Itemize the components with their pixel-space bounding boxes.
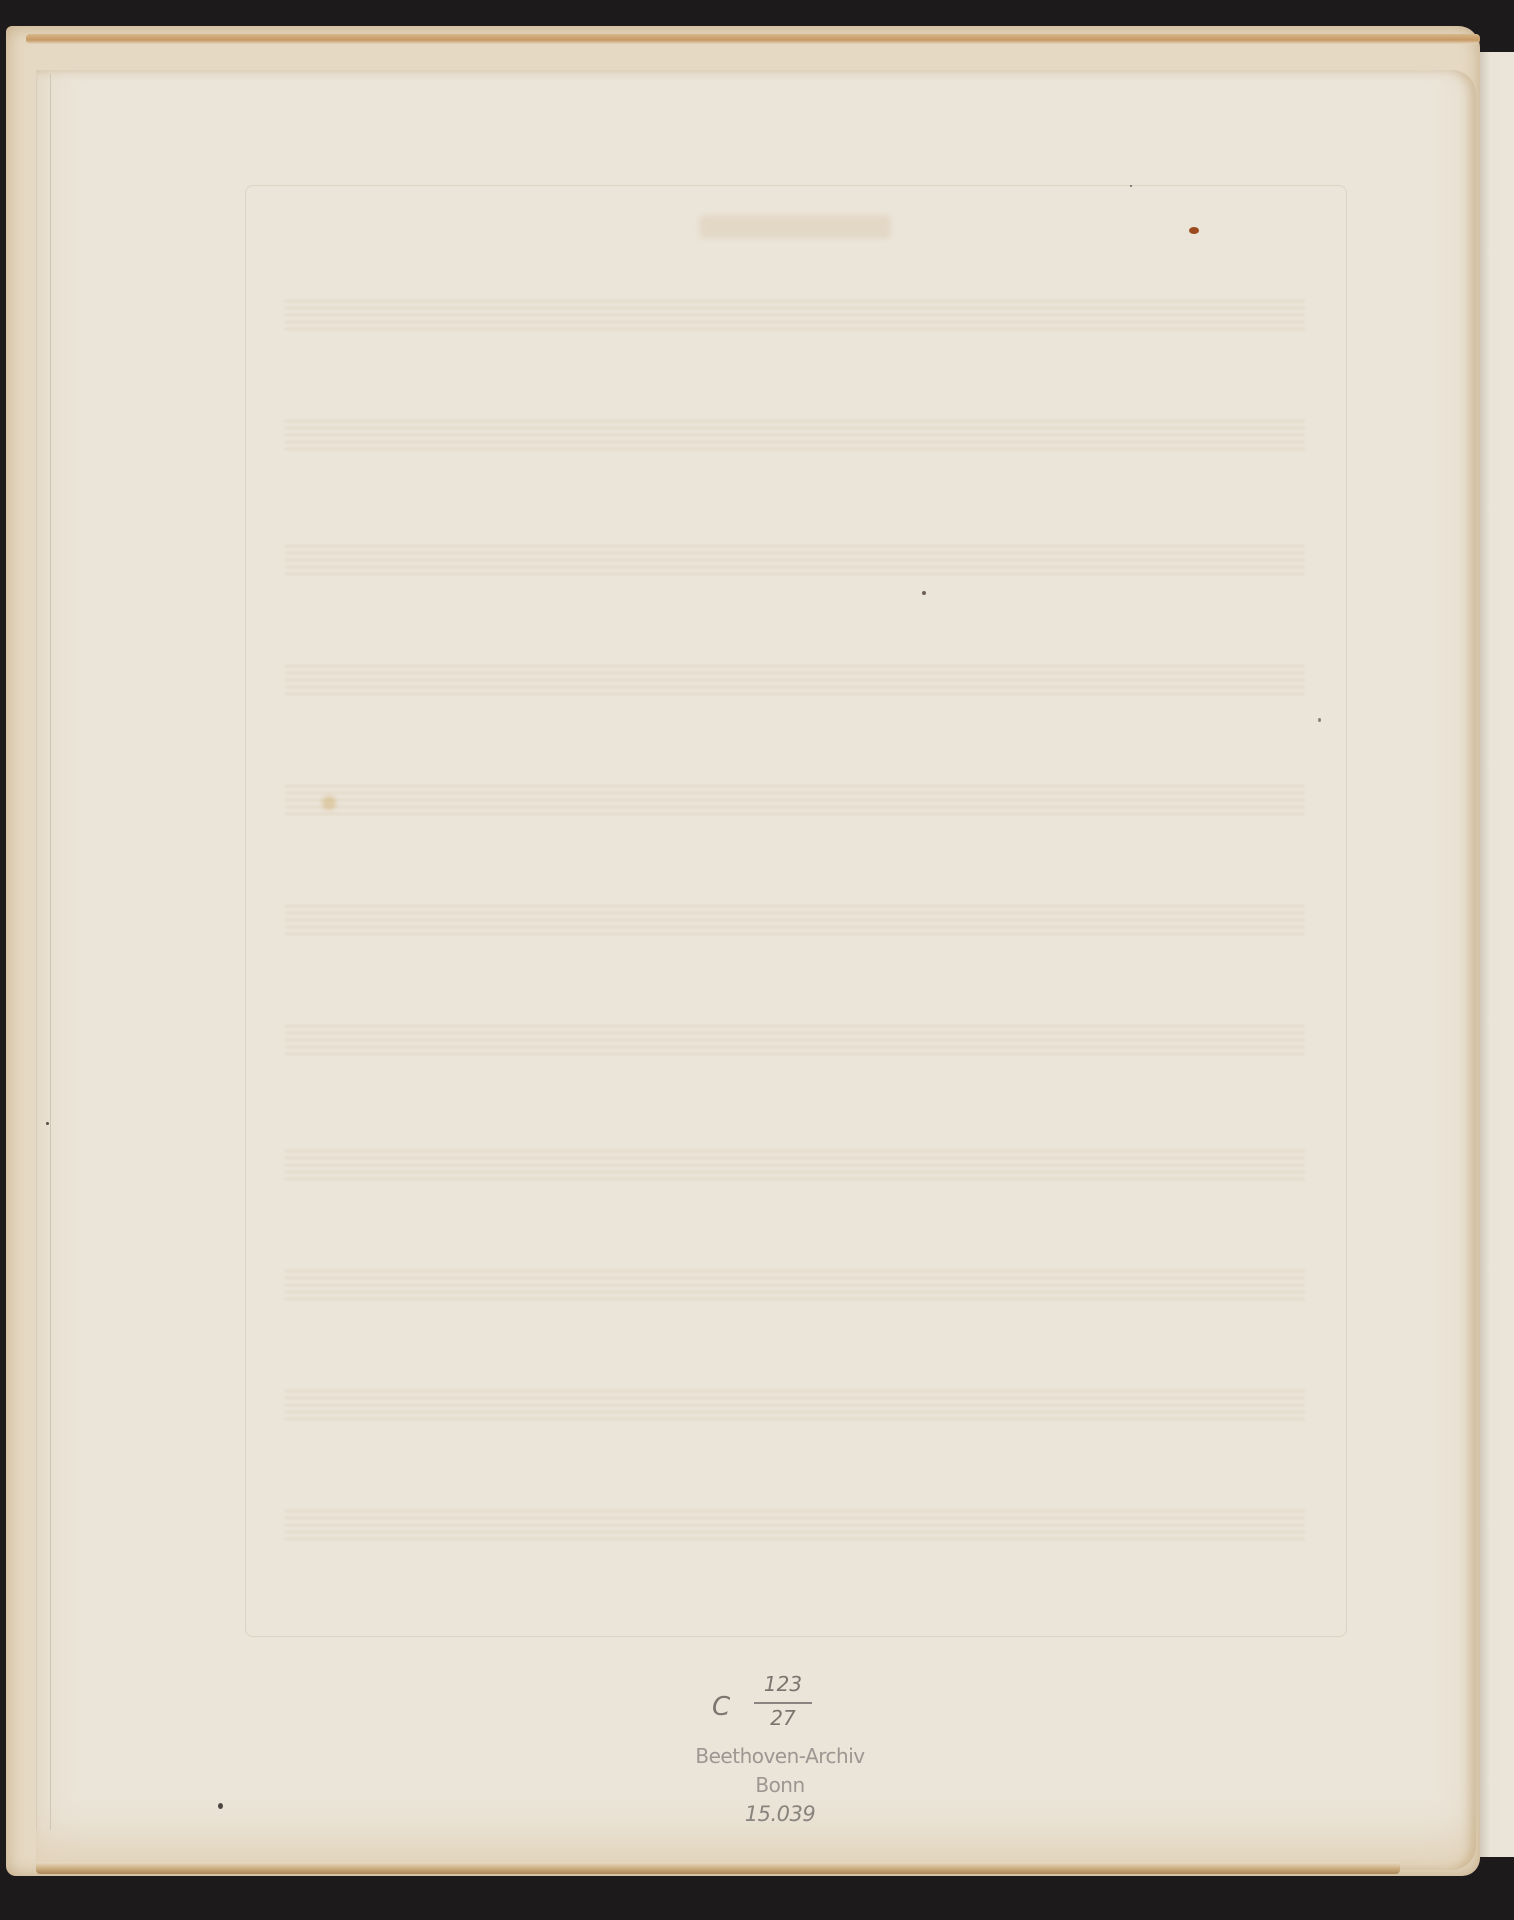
dust-spot [1130,185,1132,187]
shelfmark-numerator: 123 [752,1672,814,1696]
show-through-staff [285,420,1305,454]
stamp-city: Bonn [680,1771,880,1800]
page-fold-line [50,74,51,1830]
foxing-spot [322,796,336,810]
show-through-staff [285,1025,1305,1059]
show-through-staff [285,1390,1305,1424]
show-through-staff [285,785,1305,819]
archive-stamp: Beethoven-Archiv Bonn 15.039 [680,1742,880,1829]
show-through-staff [285,905,1305,939]
show-through-staff [285,1270,1305,1304]
stain-spot [1189,227,1199,234]
dust-spot [922,591,926,595]
adjacent-page-edge [1478,52,1514,1857]
shelfmark-prefix: C [712,1692,730,1722]
show-through-staff [285,300,1305,334]
accession-number: 15.039 [680,1800,880,1829]
show-through-staff [285,545,1305,579]
shelfmark-denominator: 27 [752,1706,814,1730]
dust-spot [218,1803,223,1809]
dust-spot [1318,718,1321,722]
page-fold-line [36,78,37,1830]
show-through-staff [285,1510,1305,1544]
shelfmark-fraction-bar [754,1702,812,1704]
show-through-staff [285,665,1305,699]
show-through-staff [285,1150,1305,1184]
show-through-title [700,216,890,238]
dust-spot [46,1122,49,1125]
stamp-institution: Beethoven-Archiv [680,1742,880,1771]
shelfmark: C 123 27 [712,1672,852,1742]
